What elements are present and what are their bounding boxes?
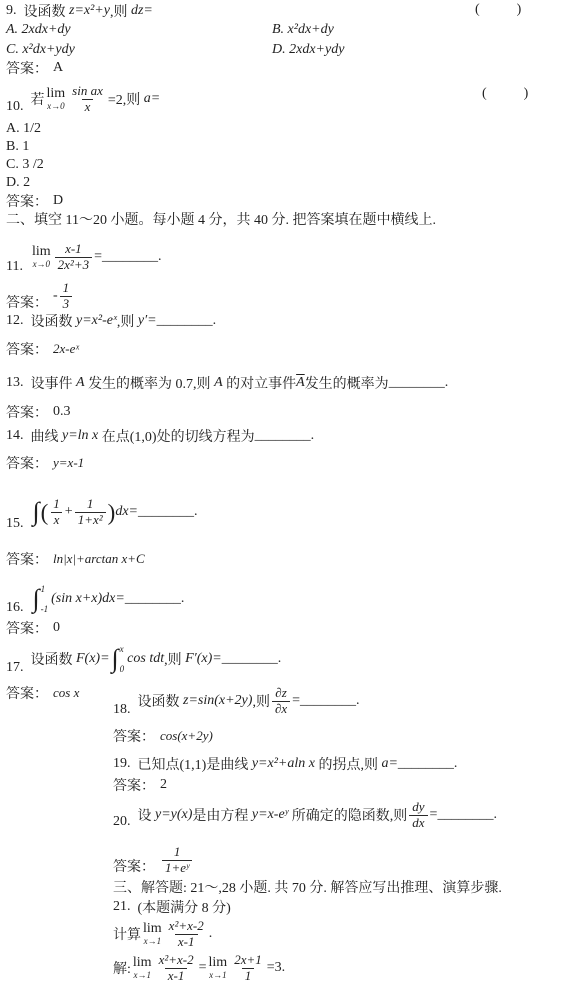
question-21-body: 计算 lim x→1 x²+x-2 x-1 .: [113, 915, 585, 953]
integral-lower-limit: -1: [41, 604, 49, 614]
choice-9-a: A. 2xdx+dy: [6, 22, 71, 38]
fraction-numerator: x-1: [62, 242, 85, 257]
question-13-stem: 13. 设事件 A 发生的概率为 0.7,则 A 的对立事件 A 发生的概率为 …: [6, 372, 585, 394]
answer-label: 答案：: [113, 775, 155, 795]
answer-16: 答案： 0: [6, 618, 585, 638]
question-9-formula: z=x²+y: [69, 3, 110, 19]
fraction: dy dx: [409, 800, 427, 831]
fraction: 1 3: [60, 281, 73, 312]
fraction-numerator: ∂z: [272, 686, 289, 701]
question-12-formula2: y′=: [138, 313, 157, 329]
question-14-number: 14.: [6, 428, 24, 444]
question-9-stem: 9. 设函数 z=x²+y ,则 dz= ( ): [6, 2, 585, 20]
fraction: 2x+1 1: [231, 953, 265, 984]
blank-line: ________: [389, 375, 445, 391]
answer-label: 答案：: [6, 402, 48, 422]
blank-line: ________: [222, 651, 278, 667]
question-10-stem: 10. 若 lim x→0 sin ax x =2,则 a= ( ): [6, 82, 585, 116]
question-9-text2: ,则: [110, 1, 131, 21]
question-21-number: 21.: [113, 899, 131, 915]
lim-text: lim: [209, 956, 228, 970]
question-12-formula: y=x²-eˣ: [76, 313, 117, 329]
blank-line: ________: [102, 249, 158, 265]
question-16-stem: 16. ∫ 1 -1 (sin x+x)dx= ________ .: [6, 578, 585, 620]
question-15-stem: 15. ∫ ( 1 x + 1 1+x² ) dx= ________ .: [6, 486, 585, 538]
question-15-number: 15.: [6, 516, 24, 538]
fraction-denominator: ∂x: [272, 701, 290, 717]
answer-label: 答案：: [6, 58, 48, 78]
fraction: 1 x: [50, 497, 63, 528]
question-9-choices-row1: A. 2xdx+dy B. x²dx+dy: [6, 21, 585, 39]
question-19-number: 19.: [113, 756, 131, 772]
question-13-text3: 的对立事件: [223, 373, 297, 393]
answer-label: 答案：: [6, 339, 48, 359]
fraction-denominator: x-1: [165, 968, 188, 984]
question-18-text2: ,则: [252, 691, 270, 711]
blank-line: ________: [437, 807, 493, 823]
answer-label: 答案：: [6, 618, 48, 638]
plus-sign: +: [65, 504, 73, 520]
fraction-numerator: x²+x-2: [156, 953, 197, 968]
question-17-text2: ,则: [164, 649, 185, 669]
question-9-number: 9.: [6, 3, 17, 19]
section-3-title: 三、解答题: 21～,28 小题. 共 70 分. 解答应写出推理、演算步骤.: [113, 877, 502, 897]
lim-subscript: x→1: [133, 971, 151, 980]
question-17-text: 设函数: [31, 649, 77, 669]
period: .: [278, 651, 282, 667]
question-12-number: 12.: [6, 313, 24, 329]
section-2-header: 二、填空 11～20 小题。每小题 4 分，共 40 分. 把答案填在题中横线上…: [6, 210, 585, 228]
question-15-formula: dx=: [115, 504, 138, 520]
question-14-stem: 14. 曲线 y=ln x 在点(1,0)处的切线方程为 ________ .: [6, 425, 585, 447]
period: .: [445, 375, 449, 391]
fraction-denominator: 1+eʸ: [162, 860, 192, 876]
limit-operator: lim x→0: [32, 245, 51, 269]
fraction-numerator: dy: [409, 800, 427, 815]
fraction-numerator: x²+x-2: [166, 919, 207, 934]
blank-line: ________: [138, 504, 194, 520]
answer-label: 答案：: [6, 453, 48, 473]
integral-sign: ∫: [33, 586, 40, 612]
question-21-header: 21. (本题满分 8 分): [113, 897, 585, 917]
question-10-formula: a=: [144, 91, 160, 107]
solution-result: =3.: [267, 960, 285, 976]
blank-line: ________: [255, 428, 311, 444]
question-9-choices-row2: C. x²dx+ydy D. 2xdx+ydy: [6, 41, 585, 59]
question-19-stem: 19. 已知点(1,1)是曲线 y=x²+aln x 的拐点,则 a= ____…: [113, 753, 585, 775]
question-18-formula: z=sin(x+2y): [183, 693, 252, 709]
choice-10-d: D. 2: [6, 174, 585, 191]
lim-subscript: x→0: [47, 102, 65, 111]
choice-text: B. 1: [6, 139, 29, 155]
event-a: A: [76, 375, 85, 391]
question-11-stem: 11. lim x→0 x-1 2x²+3 = ________ .: [6, 238, 585, 276]
question-9-text: 设函数: [24, 1, 70, 21]
question-10-text: 若: [31, 89, 45, 109]
fraction: sin ax x: [69, 84, 106, 115]
section-3-header: 三、解答题: 21～,28 小题. 共 70 分. 解答应写出推理、演算步骤.: [113, 877, 585, 897]
question-10-number: 10.: [6, 99, 24, 116]
limit-operator: lim x→1: [143, 922, 162, 946]
question-14-formula: y=ln x: [62, 428, 98, 444]
answer-19-value: 2: [160, 777, 167, 793]
lim-subscript: x→1: [209, 971, 227, 980]
solution-label: 解:: [113, 958, 131, 978]
answer-brackets: ( ): [482, 86, 529, 102]
period: .: [181, 591, 185, 607]
fraction-denominator: 1+x²: [75, 512, 106, 528]
question-21-solution: 解: lim x→1 x²+x-2 x-1 = lim x→1 2x+1 1 =…: [113, 950, 585, 985]
question-13-number: 13.: [6, 375, 24, 391]
equals-sign: =: [199, 960, 207, 976]
question-19-formula: y=x²+aln x: [252, 756, 315, 772]
answer-16-value: 0: [53, 620, 60, 636]
fraction: ∂z ∂x: [272, 686, 290, 717]
integral-limits: x 0: [120, 642, 125, 676]
fraction-numerator: 2x+1: [231, 953, 265, 968]
integral-limits: 1 -1: [41, 582, 49, 616]
limit-operator: lim x→1: [133, 956, 152, 980]
choice-9-d: D. 2xdx+ydy: [272, 42, 344, 58]
choice-text: A. 1/2: [6, 121, 41, 137]
fraction: x-1 2x²+3: [55, 242, 92, 273]
question-12-text2: ,则: [117, 311, 138, 331]
answer-12: 答案： 2x-eˣ: [6, 338, 585, 360]
limit-operator: lim x→0: [47, 87, 66, 111]
answer-15-value: ln|x|+arctan x+C: [53, 551, 145, 567]
question-12-stem: 12. 设函数 y=x²-eˣ ,则 y′= ________ .: [6, 310, 585, 332]
question-14-text2: 在点(1,0)处的切线方程为: [98, 426, 254, 446]
lim-text: lim: [133, 956, 152, 970]
question-17-number: 17.: [6, 660, 24, 680]
answer-18-value: cos(x+2y): [160, 728, 213, 744]
period: .: [209, 926, 213, 942]
fraction-denominator: x-1: [175, 934, 198, 950]
question-18-stem: 18. 设函数 z=sin(x+2y) ,则 ∂z ∂x = ________ …: [113, 678, 585, 724]
integral-sign: ∫: [33, 499, 40, 525]
answer-13-value: 0.3: [53, 404, 71, 420]
integral-upper-limit: x: [120, 644, 125, 654]
question-19-formula2: a=: [381, 756, 397, 772]
question-13-text4: 发生的概率为: [305, 373, 389, 393]
fraction-denominator: 2x²+3: [55, 257, 92, 273]
question-20-text2: 是由方程: [192, 805, 252, 825]
blank-line: ________: [157, 313, 213, 329]
period: .: [213, 313, 217, 329]
compute-label: 计算: [113, 924, 141, 944]
fraction-denominator: x: [51, 512, 63, 528]
period: .: [158, 249, 162, 265]
period: .: [356, 693, 360, 709]
question-16-formula: (sin x+x)dx=: [51, 591, 125, 607]
question-20-text: 设: [138, 805, 156, 825]
answer-10: 答案： D: [6, 192, 585, 209]
fraction-denominator: 1: [242, 968, 255, 984]
fraction-numerator: 1: [171, 845, 184, 860]
minus-sign: -: [53, 288, 58, 304]
answer-label: 答案：: [6, 549, 48, 569]
question-16-number: 16.: [6, 600, 24, 620]
period: .: [311, 428, 315, 444]
fraction-numerator: sin ax: [69, 84, 106, 99]
question-13-text: 设事件: [31, 373, 77, 393]
answer-brackets: ( ): [475, 2, 522, 18]
lim-text: lim: [32, 245, 51, 259]
equals-sign: =: [94, 249, 102, 265]
answer-14: 答案： y=x-1: [6, 452, 585, 474]
question-17-formula2: cos tdt: [127, 651, 164, 667]
exam-document: 9. 设函数 z=x²+y ,则 dz= ( ) A. 2xdx+dy B. x…: [0, 0, 585, 985]
section-2-title: 二、填空 11～20 小题。每小题 4 分，共 40 分. 把答案填在题中横线上…: [6, 209, 436, 229]
lim-subscript: x→1: [144, 937, 162, 946]
fraction-numerator: 1: [84, 497, 97, 512]
question-9-formula2: dz=: [131, 3, 153, 19]
lim-text: lim: [47, 87, 66, 101]
question-11-number: 11.: [6, 259, 23, 276]
blank-line: ________: [398, 756, 454, 772]
question-20-formula: y=y(x): [155, 807, 192, 823]
lim-text: lim: [143, 922, 162, 936]
period: .: [454, 756, 458, 772]
integral-lower-limit: 0: [120, 664, 125, 674]
choice-10-b: B. 1: [6, 138, 585, 155]
fraction-numerator: 1: [60, 281, 73, 296]
choice-10-a: A. 1/2: [6, 120, 585, 137]
answer-17-value: cos x: [53, 685, 79, 701]
answer-label: 答案：: [113, 726, 155, 746]
choice-9-b: B. x²dx+dy: [272, 22, 334, 38]
integral-sign: ∫: [112, 646, 119, 672]
answer-15: 答案： ln|x|+arctan x+C: [6, 548, 585, 570]
event-a: A: [214, 375, 223, 391]
question-18-number: 18.: [113, 702, 131, 724]
fraction: 1 1+x²: [75, 497, 106, 528]
question-12-text: 设函数: [31, 311, 77, 331]
period: .: [493, 807, 497, 823]
event-a-complement: A: [296, 375, 305, 391]
answer-12-value: 2x-eˣ: [53, 341, 79, 357]
blank-line: ________: [125, 591, 181, 607]
choice-10-c: C. 3 /2: [6, 156, 585, 173]
integral-upper-limit: 1: [41, 584, 49, 594]
answer-20: 答案： 1 1+eʸ: [113, 840, 585, 880]
question-20-number: 20.: [113, 814, 131, 835]
question-13-text2: 发生的概率为 0.7,则: [85, 373, 215, 393]
answer-label: 答案：: [6, 191, 48, 211]
fraction: 1 1+eʸ: [162, 845, 192, 876]
lim-subscript: x→0: [33, 260, 51, 269]
answer-9: 答案： A: [6, 59, 585, 77]
choice-text: D. 2: [6, 175, 30, 191]
fraction: x²+x-2 x-1: [166, 919, 207, 950]
period: .: [194, 504, 198, 520]
answer-13: 答案： 0.3: [6, 402, 585, 422]
fraction-numerator: 1: [50, 497, 63, 512]
answer-18: 答案： cos(x+2y): [113, 724, 585, 748]
question-20-formula2: y=x-eʸ: [252, 807, 288, 823]
fraction: x²+x-2 x-1: [156, 953, 197, 984]
answer-9-value: A: [53, 60, 63, 76]
choice-9-c: C. x²dx+ydy: [6, 42, 75, 58]
question-17-stem: 17. 设函数 F(x)= ∫ x 0 cos tdt ,则 F′(x)= __…: [6, 638, 585, 680]
fraction-denominator: dx: [409, 815, 427, 831]
answer-19: 答案： 2: [113, 775, 585, 795]
choice-text: C. 3 /2: [6, 157, 44, 173]
fraction-denominator: x: [82, 99, 94, 115]
equals-sign: =: [292, 693, 300, 709]
answer-14-value: y=x-1: [53, 455, 84, 471]
question-20-stem: 20. 设 y=y(x) 是由方程 y=x-eʸ 所确定的隐函数,则 dy dx…: [113, 795, 585, 835]
right-paren: ): [108, 501, 116, 524]
left-paren: (: [41, 501, 49, 524]
answer-10-value: D: [53, 193, 63, 209]
question-17-formula: F(x)=: [76, 651, 110, 667]
question-10-text2: =2,则: [108, 89, 144, 109]
question-14-text: 曲线: [31, 426, 63, 446]
question-19-text2: 的拐点,则: [315, 754, 382, 774]
question-17-formula3: F′(x)=: [185, 651, 222, 667]
limit-operator: lim x→1: [209, 956, 228, 980]
question-18-text: 设函数: [138, 691, 184, 711]
blank-line: ________: [300, 693, 356, 709]
question-21-points: (本题满分 8 分): [138, 897, 231, 917]
question-19-text: 已知点(1,1)是曲线: [138, 754, 252, 774]
question-20-text3: 所确定的隐函数,则: [288, 805, 407, 825]
answer-label: 答案：: [6, 683, 48, 703]
